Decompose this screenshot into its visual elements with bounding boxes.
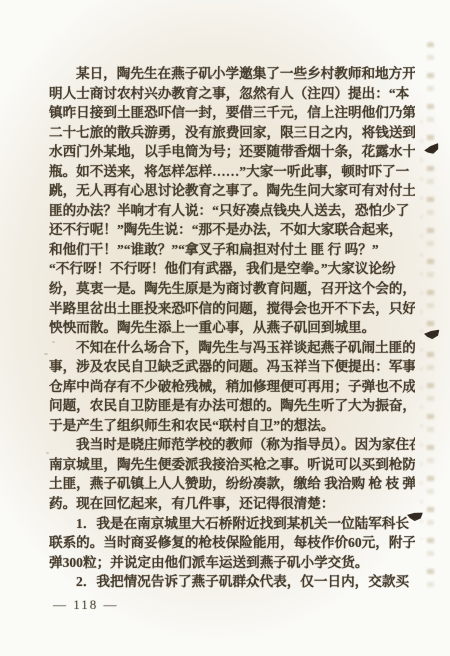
text-line: 怏怏而散。陶先生添上一重心事，从燕子矶回到城里。	[49, 318, 415, 338]
text-line: 药。现在回忆起来，有几件事，还记得很清楚：	[49, 494, 415, 514]
text-line: 跳，无人再有心思讨论教育之事了。陶先生问大家可有对付土	[49, 181, 415, 201]
text-line: 1．我是在南京城里大石桥附近找到某机关一位陆军科长	[49, 514, 415, 534]
text-line: 南京城里，陶先生便委派我接洽买枪之事。听说可以买到枪防	[49, 455, 415, 475]
text-line: 我当时是晓庄师范学校的教师（称为指导员）。因为家住在	[49, 435, 415, 455]
binding-smudge-band-faint	[420, 120, 423, 540]
scanned-page: 某日，陶先生在燕子矶小学邀集了一些乡村教师和地方开明人士商讨农村兴办教育之事，忽…	[0, 0, 450, 656]
text-line: 土匪，燕子矶镇上人人赞助，纷纷凑款，缴给 我洽购 枪 枝 弹	[49, 474, 415, 494]
text-block: 某日，陶先生在燕子矶小学邀集了一些乡村教师和地方开明人士商讨农村兴办教育之事，忽…	[49, 64, 415, 592]
text-line: 某日，陶先生在燕子矶小学邀集了一些乡村教师和地方开	[49, 64, 415, 84]
text-line: 明人士商讨农村兴办教育之事，忽然有人（注四）提出：“本	[49, 84, 415, 104]
text-line: 和他们干！”“谁敢？”“拿叉子和扁担对付土 匪 行 吗？”	[49, 240, 415, 260]
text-line: 瓶。如不送来，将怎样怎样……”大家一听此事，顿时吓了一	[49, 162, 415, 182]
page-number: — 118 —	[53, 597, 119, 613]
text-line: 2．我把情况告诉了燕子矶群众代表，仅一日内，交款买	[49, 572, 415, 592]
text-line: 半路里岔出土匪投来恐吓信的问题，搅得会也开不下去，只好	[49, 299, 415, 319]
text-line: 镇昨日接到土匪恐吓信一封，要借三千元，信上注明他们乃第	[49, 103, 415, 123]
text-line: 不知在什么场合下，陶先生与冯玉祥谈起燕子矶闹土匪的	[49, 338, 415, 358]
text-line: 水西门外某地，以手电筒为号；还要随带香烟十条，花露水十	[49, 142, 415, 162]
text-line: 弹300粒；并说定由他们派车运送到燕子矶小学交货。	[49, 553, 415, 573]
text-line: 二十七旅的散兵游勇，没有旅费回家，限三日之内，将钱送到	[49, 123, 415, 143]
text-line: 问题，农民自卫防匪是有办法可想的。陶先生听了大为振奋，	[49, 396, 415, 416]
text-line: “不行呀！不行呀！他们有武器，我们是空拳。”大家议论纷	[49, 259, 415, 279]
text-line: 仓库中尚存有不少破枪残械，稍加修理便可再用；子弹也不成	[49, 377, 415, 397]
text-line: 纷，莫衷一是。陶先生原是为商讨教育问题，召开这个会的，	[49, 279, 415, 299]
text-line: 于是产生了组织师生和农民“联村自卫”的想法。	[49, 416, 415, 436]
text-line: 匪的办法？半响才有人说：“只好凑点钱央人送去，恐怕少了	[49, 201, 415, 221]
text-line: 联系的。当时商妥修复的枪枝保险能用，每枝作价60元，附子	[49, 533, 415, 553]
paper-speck	[44, 353, 48, 355]
text-line: 还不行呢！”陶先生说：“那不是办法，不如大家联合起来，	[49, 220, 415, 240]
text-line: 事，涉及农民自卫缺乏武器的问题。冯玉祥当下便提出：军事	[49, 357, 415, 377]
binding-smudge-band	[427, 42, 434, 600]
